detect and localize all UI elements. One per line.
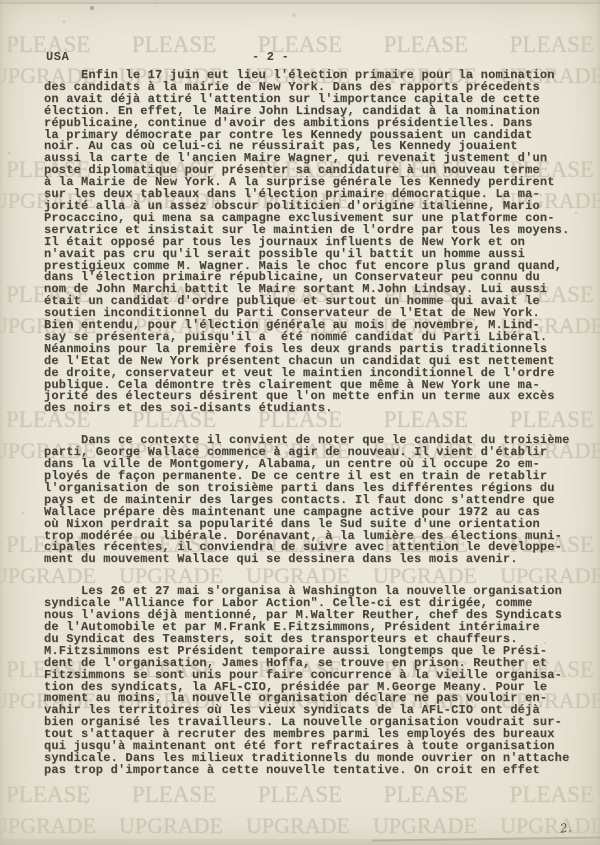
paragraph-election-primaire: Enfin le 17 juin eut lieu l'élection pri… — [44, 70, 574, 415]
scanned-document-page: PLEASEPLEASEPLEASEPLEASEPLEASEUPGRADEUPG… — [0, 0, 600, 845]
watermark-word: UPGRADE — [246, 813, 350, 839]
watermark-word: UPGRADE — [500, 813, 600, 839]
paragraph-alliance-labor-action: Les 26 et 27 mai s'organisa à Washington… — [44, 586, 574, 777]
page-header: USA - 2 - — [0, 50, 600, 64]
country-label: USA — [46, 50, 69, 64]
scan-edge-top — [0, 2, 600, 4]
watermark-row: UPGRADEUPGRADEUPGRADEUPGRADEUPGRADE — [0, 813, 600, 839]
handwritten-page-mark: 2. — [559, 820, 572, 835]
page-number: - 2 - — [252, 50, 289, 64]
watermark-word: UPGRADE — [0, 813, 96, 839]
watermark-word: UPGRADE — [373, 813, 477, 839]
document-body: Enfin le 17 juin eut lieu l'élection pri… — [44, 70, 574, 797]
scan-edge-bottom — [0, 839, 600, 845]
paragraph-george-wallace: Dans ce contexte il convient de noter qu… — [44, 435, 574, 566]
watermark-word: UPGRADE — [119, 813, 223, 839]
